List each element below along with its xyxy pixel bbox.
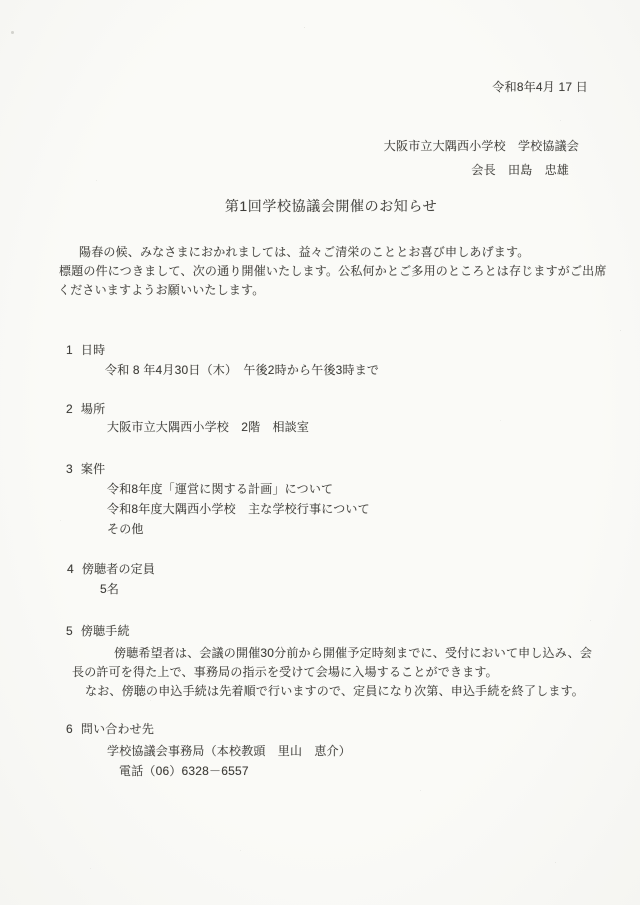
- greeting-line-2: 標題の件につきまして、次の通り開催いたします。公私何かとご多用のところとは存じま…: [59, 264, 607, 278]
- item-1-number: 1: [66, 343, 73, 357]
- item-5-text-1: 傍聴希望者は、会議の開催30分前から開催予定時刻までに、受付において申し込み、会: [114, 646, 592, 660]
- document-date: 令和8年4月 17 日: [492, 80, 588, 94]
- item-2-value: 大阪市立大隅西小学校 2階 相談室: [107, 420, 309, 434]
- item-6-heading: 6問い合わせ先: [66, 722, 154, 736]
- item-3-value-1: 令和8年度「運営に関する計画」について: [107, 482, 333, 496]
- item-5-text-3: なお、傍聴の申込手続は先着順で行いますので、定員になり次第、申込手続を終了します…: [85, 684, 584, 698]
- item-4-label: 傍聴者の定員: [82, 562, 155, 576]
- item-3-number: 3: [66, 462, 73, 476]
- document-title: 第1回学校協議会開催のお知らせ: [11, 199, 640, 213]
- item-3-value-3: その他: [107, 522, 144, 536]
- greeting-line-1: 陽春の候、みなさまにおかれましては、益々ご清栄のこととお喜び申しあげます。: [79, 245, 529, 259]
- item-4-value: 5名: [100, 582, 119, 596]
- item-6-number: 6: [66, 722, 73, 736]
- scanned-notice-page: 令和8年4月 17 日 大阪市立大隅西小学校 学校協議会 会長 田島 忠雄 第1…: [0, 0, 640, 905]
- item-1-value: 令和 8 年4月30日（木） 午後2時から午後3時まで: [105, 363, 379, 377]
- item-5-heading: 5傍聴手続: [66, 624, 130, 638]
- item-2-number: 2: [66, 402, 73, 416]
- item-3-label: 案件: [81, 462, 105, 476]
- item-6-contact-office: 学校協議会事務局（本校教頭 里山 恵介）: [107, 744, 351, 758]
- sender-chairperson: 会長 田島 忠雄: [471, 163, 569, 177]
- item-5-text-2: 長の許可を得た上で、事務局の指示を受けて会場に入場することができます。: [72, 665, 498, 679]
- item-1-heading: 1日時: [66, 343, 105, 357]
- item-6-contact-phone: 電話（06）6328－6557: [119, 764, 249, 778]
- item-3-value-2: 令和8年度大隅西小学校 主な学校行事について: [107, 502, 370, 516]
- item-4-heading: 4傍聴者の定員: [67, 562, 155, 576]
- scan-vignette: [0, 0, 640, 905]
- item-6-label: 問い合わせ先: [81, 722, 154, 736]
- item-3-heading: 3案件: [66, 462, 105, 476]
- item-4-number: 4: [67, 562, 74, 576]
- greeting-line-3: くださいますようお願いいたします。: [58, 283, 264, 297]
- item-1-label: 日時: [81, 343, 105, 357]
- sender-organization: 大阪市立大隅西小学校 学校協議会: [384, 139, 579, 153]
- item-2-heading: 2場所: [66, 402, 105, 416]
- item-5-label: 傍聴手続: [81, 624, 130, 638]
- item-5-number: 5: [66, 624, 73, 638]
- scan-noise-specks: [0, 0, 1, 1]
- item-2-label: 場所: [81, 402, 105, 416]
